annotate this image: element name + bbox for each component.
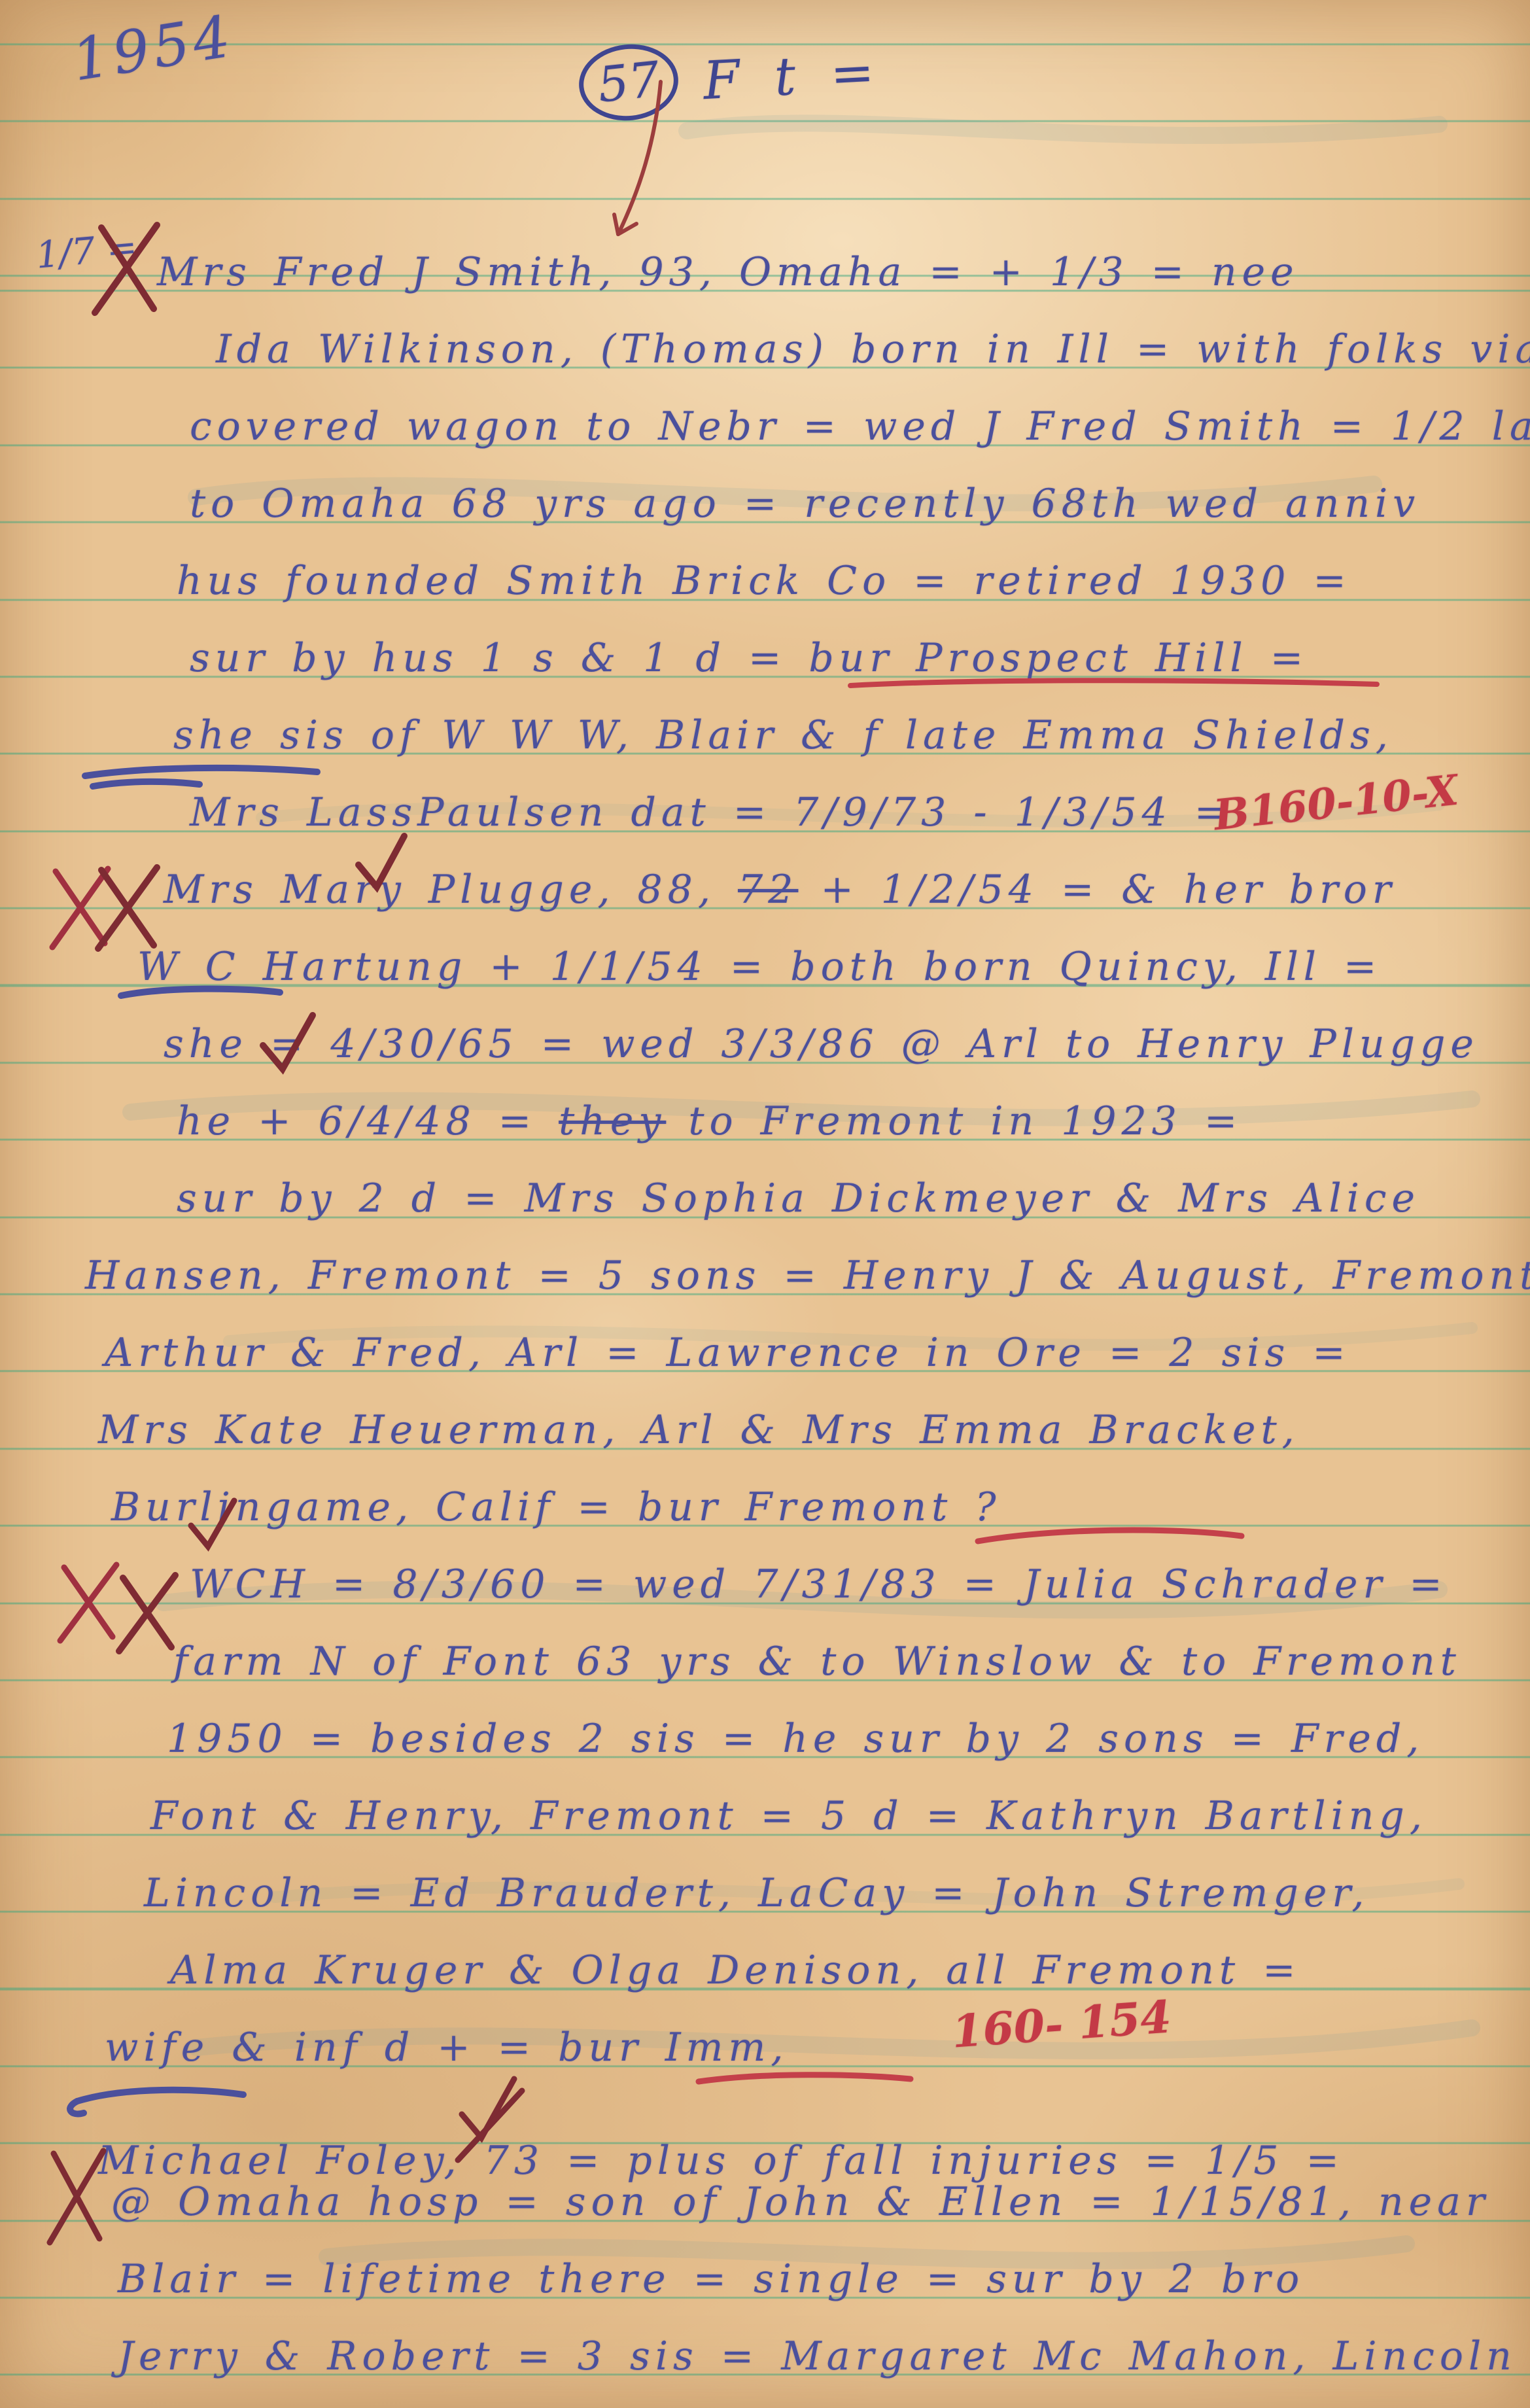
obit-line: 1950 = besides 2 sis = he sur by 2 sons … xyxy=(167,1716,1424,1762)
obit-line: Ida Wilkinson, (Thomas) born in Ill = wi… xyxy=(216,326,1530,372)
obit-line: @ Omaha hosp = son of John & Ellen = 1/1… xyxy=(111,2179,1490,2225)
red-x-mark xyxy=(52,869,108,947)
obit-line: covered wagon to Nebr = wed J Fred Smith… xyxy=(190,404,1530,449)
obit-line: sur by hus 1 s & 1 d = bur Prospect Hill… xyxy=(190,635,1308,681)
obit-line: Michael Foley, 73 = plus of fall injurie… xyxy=(98,2138,1344,2184)
obit-line: Lincoln = Ed Braudert, LaCay = John Stre… xyxy=(144,1870,1370,1916)
obit-line: Mrs Fred J Smith, 93, Omaha = + 1/3 = ne… xyxy=(157,249,1299,295)
obit-line: hus founded Smith Brick Co = retired 193… xyxy=(177,558,1351,604)
obit-line: Arthur & Fred, Arl = Lawrence in Ore = 2… xyxy=(105,1330,1351,1376)
obit-line: Burlingame, Calif = bur Fremont ? xyxy=(111,1484,1001,1530)
page-number-circled: 57 xyxy=(575,39,682,125)
year-heading: 1954 xyxy=(67,2,238,94)
red-x-mark xyxy=(98,867,157,949)
obit-line: he + 6/4/48 = they to Fremont in 1923 = xyxy=(177,1098,1242,1144)
red-x-mark xyxy=(60,1565,116,1641)
page-note: F t = xyxy=(702,41,885,111)
struck-text: they xyxy=(559,1098,666,1144)
red-underline-mark xyxy=(699,2075,911,2082)
obit-line: WCH = 8/3/60 = wed 7/31/83 = Julia Schra… xyxy=(190,1562,1448,1607)
red-underline-mark xyxy=(978,1530,1242,1541)
blue-underline-mark xyxy=(121,989,280,996)
notebook-page: 1954 57 F t = 1/7 = Mrs Fred J Smith, 93… xyxy=(0,0,1530,2408)
blue-underline-mark xyxy=(85,768,317,786)
obit-line: she sis of W W W, Blair & f late Emma Sh… xyxy=(173,712,1393,758)
blue-underline-mark xyxy=(70,2090,243,2114)
obit-line: Hansen, Fremont = 5 sons = Henry J & Aug… xyxy=(85,1253,1530,1299)
obit-line: Alma Kruger & Olga Denison, all Fremont … xyxy=(170,1947,1301,1993)
obit-line: Jerry & Robert = 3 sis = Margaret Mc Mah… xyxy=(118,2333,1517,2379)
obit-line: W C Hartung + 1/1/54 = both born Quincy,… xyxy=(137,944,1382,990)
margin-date: 1/7 = xyxy=(34,226,139,277)
obit-line: sur by 2 d = Mrs Sophia Dickmeyer & Mrs … xyxy=(177,1176,1420,1221)
obit-line: Mrs LassPaulsen dat = 7/9/73 - 1/3/54 = xyxy=(190,790,1232,835)
obit-line: she = 4/30/65 = wed 3/3/86 @ Arl to Henr… xyxy=(164,1021,1479,1067)
red-reference-code: B160-10-X xyxy=(1211,766,1461,841)
obit-line: farm N of Font 63 yrs & to Winslow & to … xyxy=(173,1639,1461,1684)
obit-line: Mrs Mary Plugge, 88, 72 + 1/2/54 = & her… xyxy=(164,867,1397,913)
obit-line: Font & Henry, Fremont = 5 d = Kathryn Ba… xyxy=(150,1793,1427,1839)
red-reference-code: 160- 154 xyxy=(950,1991,1174,2058)
obit-line: wife & inf d + = bur Imm, xyxy=(105,2025,788,2070)
obit-line: to Omaha 68 yrs ago = recently 68th wed … xyxy=(190,481,1420,527)
red-x-mark xyxy=(50,2151,103,2242)
obit-line: Mrs Kate Heuerman, Arl & Mrs Emma Bracke… xyxy=(98,1407,1300,1453)
struck-text: 72 xyxy=(738,867,798,913)
obit-line: Blair = lifetime there = single = sur by… xyxy=(118,2256,1304,2302)
red-x-mark xyxy=(119,1575,175,1651)
red-underline-mark xyxy=(850,680,1377,686)
